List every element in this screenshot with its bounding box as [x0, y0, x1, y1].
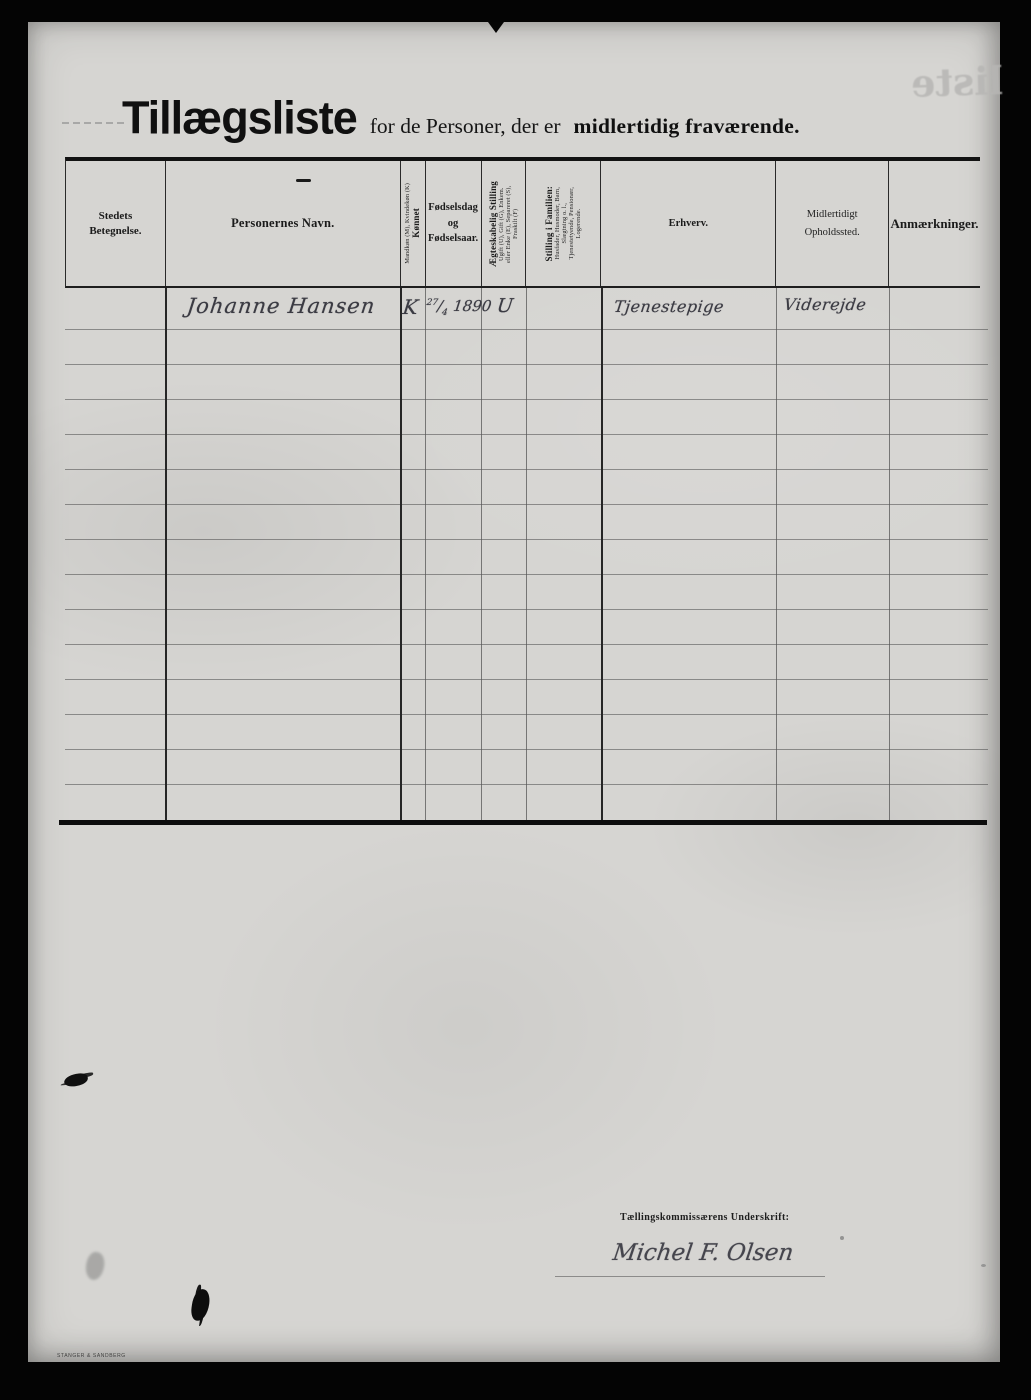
col-header-line: Fødselsdag	[428, 200, 478, 216]
form-title-emphasis: midlertidig fraværende.	[574, 114, 800, 139]
col-header-subline: Fraskilt (F)	[512, 181, 519, 267]
col-header-label: Personernes Navn.	[231, 216, 334, 231]
ink-speck	[840, 1236, 844, 1240]
col-header-label: Stilling i Familien: Husfader, Husmoder,…	[544, 186, 582, 262]
col-header-stedets-betegnelse: Stedets Betegnelse.	[66, 161, 166, 286]
column-divider	[400, 288, 402, 820]
col-header-label: Stedets Betegnelse.	[76, 209, 154, 239]
col-header-mainlabel: Ægteskabelig Stilling	[488, 181, 498, 267]
form-title: Tillægsliste for de Personer, der er mid…	[122, 92, 800, 144]
col-header-label: Anmærkninger.	[891, 216, 979, 232]
entry-birth-day: 27	[426, 298, 439, 308]
signature-line	[555, 1276, 825, 1277]
col-header-label: Erhverv.	[669, 216, 708, 232]
table-header-row: Stedets Betegnelse. Personernes Navn. Ma…	[65, 157, 980, 288]
column-divider	[889, 288, 890, 820]
col-header-line: Fødselsaar.	[428, 231, 478, 247]
scan-artifact-mark	[296, 179, 311, 182]
col-header-line: Midlertidigt	[807, 206, 858, 224]
col-header-personernes-navn: Personernes Navn.	[166, 161, 401, 286]
ink-blot	[190, 1288, 211, 1322]
col-header-stilling-i-familien: Stilling i Familien: Husfader, Husmoder,…	[526, 161, 601, 286]
column-divider	[601, 288, 603, 820]
entry-occupation: Tjenestepige	[613, 297, 725, 316]
col-header-aegteskabelig-stilling: Ægteskabelig Stilling Ugift (U), Gift (G…	[482, 161, 527, 286]
ink-smudge	[63, 1072, 89, 1088]
entry-temporary-residence: Viderejde	[783, 295, 868, 314]
column-divider	[425, 288, 426, 820]
col-header-label: Mandkøn (M), Kvindekøn (K) Kønnet	[404, 183, 421, 264]
entry-birthdate: 27/4 1890	[425, 297, 493, 318]
paper-sheet: liste Tillægsliste for de Personer, der …	[28, 22, 1000, 1362]
entry-sex: K	[402, 295, 420, 319]
bleedthrough-ghost-text: liste	[872, 58, 1003, 108]
scan-edge-notch	[488, 22, 504, 33]
ink-speck	[981, 1264, 986, 1267]
table-bottom-rule	[59, 820, 987, 825]
scanned-census-form: liste Tillægsliste for de Personer, der …	[0, 0, 1031, 1400]
col-header-line: og	[448, 216, 459, 232]
form-title-main: Tillægsliste	[122, 91, 357, 145]
col-header-line: Opholdssted.	[805, 224, 860, 242]
column-divider	[526, 288, 527, 820]
signature-label: Tællingskommissærens Underskrift:	[620, 1212, 789, 1223]
table-body: Johanne Hansen K 27/4 1890 U Tjenestepig…	[65, 288, 988, 820]
col-header-mainlabel: Stilling i Familien:	[544, 186, 554, 262]
census-table: Stedets Betegnelse. Personernes Navn. Ma…	[65, 157, 988, 820]
col-header-foedselsdag: Fødselsdag og Fødselsaar.	[426, 161, 482, 286]
column-divider	[776, 288, 777, 820]
entry-name: Johanne Hansen	[186, 294, 377, 318]
gray-smudge	[83, 1250, 107, 1282]
scan-artifact-dash	[62, 122, 128, 124]
signature-handwriting: Michel F. Olsen	[611, 1240, 795, 1266]
col-header-subline: Ugift (U), Gift (G), Enkem.	[498, 181, 505, 267]
col-header-midlertidigt-opholdssted: Midlertidigt Opholdssted.	[776, 161, 889, 286]
col-header-anmaerkninger: Anmærkninger.	[889, 161, 980, 286]
col-header-label: Ægteskabelig Stilling Ugift (U), Gift (G…	[488, 181, 519, 267]
col-header-erhverv: Erhverv.	[601, 161, 776, 286]
col-header-koennet: Mandkøn (M), Kvindekøn (K) Kønnet	[401, 161, 426, 286]
form-title-rest: for de Personer, der er	[370, 114, 561, 139]
col-header-mainlabel: Kønnet	[411, 183, 421, 264]
column-divider	[481, 288, 482, 820]
entry-birth-month: 4	[441, 308, 448, 318]
col-header-subline: eller Enke (E), Separeret (S),	[505, 181, 512, 267]
column-divider	[165, 288, 167, 820]
entry-birth-year: 1890	[452, 297, 492, 315]
col-header-subline: Logerende.	[575, 186, 582, 262]
entry-marital-status: U	[496, 295, 515, 317]
printer-mark: STANGER & SANDBERG	[57, 1353, 126, 1359]
